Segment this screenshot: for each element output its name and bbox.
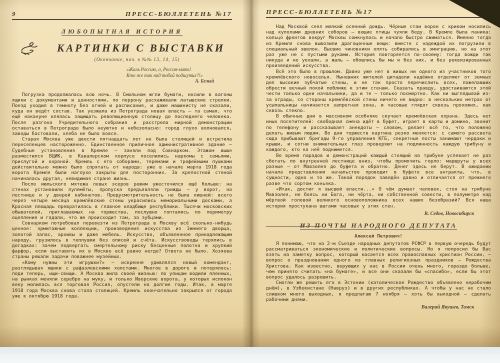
- page-header: ПРЕСС-БЮЛЛЕТЕНЬ №17 10: [266, 8, 491, 18]
- article-body-continued: Над Москвой сеял мелкий осенний дождь. Ч…: [266, 24, 491, 209]
- kicker-label: ЛЮБОПЫТНАЯ ИСТОРИЯ: [61, 28, 182, 36]
- page-number: 9: [12, 10, 16, 18]
- article-body: Погрузка продолжалась всю ночь. В Смольн…: [12, 92, 232, 299]
- body-paragraph: Всё это было в прошлом. Давно уже нет в …: [266, 69, 491, 114]
- page-header: 9 ПРЕСС-БЮЛЛЕТЕНЬ №17: [12, 10, 232, 20]
- page-gutter: [242, 0, 260, 347]
- page-right-content: ПРЕСС-БЮЛЛЕТЕНЬ №17 10 Над Москвой сеял …: [257, 0, 500, 347]
- epigraph: «Жаль Россию, о, Россия-мать! Кто же так…: [126, 68, 219, 85]
- letter-body: Я понимаю, что на 2-м Съезде народных де…: [266, 241, 491, 303]
- page-right: ПРЕСС-БЮЛЛЕТЕНЬ №17 10 Над Москвой сеял …: [257, 0, 500, 347]
- letter-signature: Валерий Якушев, Томск: [266, 304, 491, 310]
- title-row: КАРТИНКИ С ВЫСТАВКИ: [12, 41, 232, 56]
- body-paragraph: Старая Москва уже двести пятнадцать лет …: [12, 137, 232, 182]
- running-title: ПРЕСС-БЮЛЛЕТЕНЬ №17: [266, 8, 373, 16]
- page-left: 9 ПРЕСС-БЮЛЛЕТЕНЬ №17 ЛЮБОПЫТНАЯ ИСТОРИЯ…: [0, 0, 243, 347]
- vignette-illustration: [19, 41, 39, 56]
- bulletin-spread: 9 ПРЕСС-БЮЛЛЕТЕНЬ №17 ЛЮБОПЫТНАЯ ИСТОРИЯ…: [0, 0, 500, 347]
- body-paragraph: В обычные дни в массивном особняке скуча…: [266, 114, 491, 153]
- body-paragraph: «Кому нужны эти игрушки?» — искренне уди…: [12, 260, 232, 299]
- section-kicker: ЛЮБОПЫТНАЯ ИСТОРИЯ: [12, 28, 232, 36]
- body-paragraph: Во время парадов и демонстраций каждый с…: [266, 153, 491, 187]
- table-surface: [0, 345, 500, 363]
- letter-paragraph: Смогли же решить его в Эстонии (католиче…: [266, 280, 491, 302]
- article-subtitle: (Окончание, нач. в №№ 13, 14, 15): [12, 58, 232, 63]
- photo-backdrop: { "colors": { "backdrop": "#2b2614", "ta…: [0, 0, 500, 363]
- letters-heading-label: ИЗ ПОЧТЫ НАРОДНОГО ДЕПУТАТА: [300, 221, 457, 230]
- letter-salutation: Алексей Петрович!: [266, 233, 491, 239]
- epigraph-author: А. Белый: [126, 79, 219, 85]
- body-paragraph: Над Москвой сеял мелкий осенний дождь. Ч…: [266, 24, 491, 69]
- body-paragraph: После июльского мятежа левых эсеров режи…: [12, 181, 232, 220]
- running-title: ПРЕСС-БЮЛЛЕТЕНЬ №17: [125, 10, 232, 18]
- body-paragraph: Совнарком потребовал перевезти из Петрог…: [12, 221, 232, 260]
- page-number: 10: [484, 8, 492, 16]
- page-left-content: 9 ПРЕСС-БЮЛЛЕТЕНЬ №17 ЛЮБОПЫТНАЯ ИСТОРИЯ…: [0, 0, 243, 347]
- article-signature: В. Седов, Новосибирск: [266, 211, 491, 217]
- article-title: КАРТИНКИ С ВЫСТАВКИ: [57, 42, 225, 55]
- letter-paragraph: Я понимаю, что на 2-м Съезде народных де…: [266, 241, 491, 280]
- body-paragraph: «Итак, достиг я высшей власти...» О чём …: [266, 186, 491, 208]
- letters-section-heading: ИЗ ПОЧТЫ НАРОДНОГО ДЕПУТАТА: [266, 221, 491, 229]
- body-paragraph: Погрузка продолжалась всю ночь. В Смольн…: [12, 92, 232, 137]
